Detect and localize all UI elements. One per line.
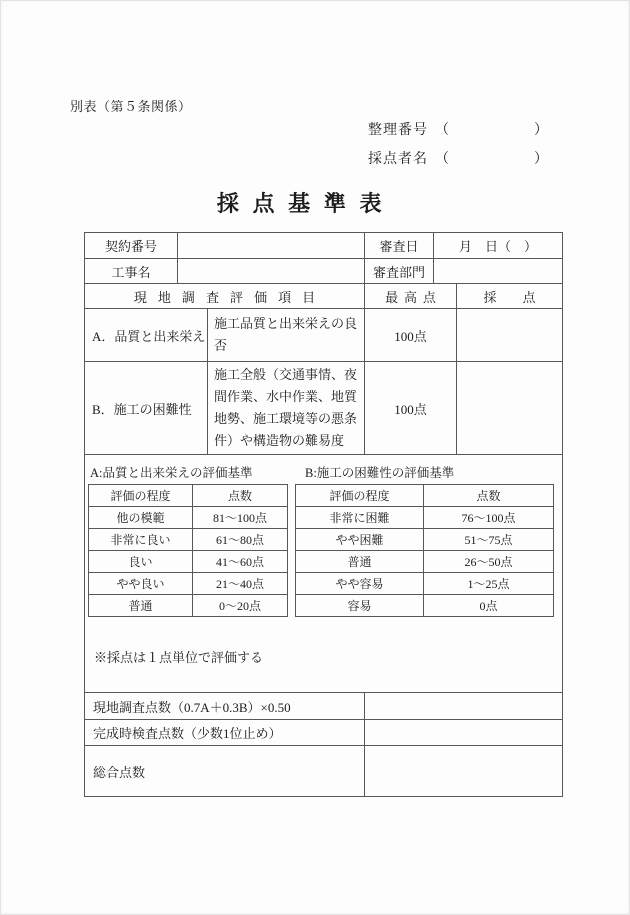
total-score-label: 総合点数 (85, 746, 365, 797)
criteria-b-degree: やや容易 (296, 573, 424, 595)
contract-no-value-cell (178, 233, 365, 259)
item-b-label: B．施工の困難性 (85, 362, 208, 455)
completion-inspection-score-row: 完成時検査点数（少数1位止め） (85, 720, 563, 746)
item-b-max: 100点 (365, 362, 457, 455)
criteria-b-degree: やや困難 (296, 529, 424, 551)
criteria-a-points: 81～100点 (193, 507, 288, 529)
scoring-unit-note: ※採点は１点単位で評価する (88, 647, 562, 666)
criteria-b-header-degree: 評価の程度 (296, 485, 424, 507)
project-name-value-cell (178, 259, 365, 284)
criteria-b-points: 1～25点 (424, 573, 554, 595)
site-survey-score-label: 現地調査点数（0.7A＋0.3B）×0.50 (85, 693, 365, 720)
criteria-a-points: 0～20点 (193, 595, 288, 617)
completion-inspection-score-label: 完成時検査点数（少数1位止め） (85, 720, 365, 746)
score-header: 採 点 (457, 284, 563, 309)
criteria-a-points: 61～80点 (193, 529, 288, 551)
item-b-desc: 施工全般（交通事情、夜間作業、水中作業、地質地勢、施工環境等の悪条件）や構造物の… (208, 362, 365, 455)
criteria-b-title: B:施工の困難性の評価基準 (295, 463, 553, 478)
item-a-max: 100点 (365, 309, 457, 362)
total-score-value-cell (365, 746, 563, 797)
max-score-header: 最高点 (365, 284, 457, 309)
item-row-a: A．品質と出来栄え 施工品質と出来栄えの良否 100点 (85, 309, 563, 362)
table-row: 普通 26～50点 (296, 551, 554, 573)
total-score-row: 総合点数 (85, 746, 563, 797)
review-dept-value-cell (434, 259, 563, 284)
criteria-a-header-degree: 評価の程度 (89, 485, 193, 507)
review-date-value: 月 日（ ） (434, 233, 563, 259)
criteria-b-points: 51～75点 (424, 529, 554, 551)
ref-number-paren-close: ） (534, 119, 548, 139)
table-row: 評価の程度 点数 (89, 485, 288, 507)
items-header: 現地調査評価項目 (85, 284, 365, 309)
criteria-a-table: 評価の程度 点数 他の模範 81～100点 非常に良い 61～80点 (88, 484, 288, 617)
scorer-name-paren-close: ） (534, 148, 548, 168)
criteria-a-degree: やや良い (89, 573, 193, 595)
scoring-table: 契約番号 審査日 月 日（ ） 工事名 審査部門 現地調査評価項目 最高点 採 … (84, 232, 563, 797)
criteria-section-row: A:品質と出来栄えの評価基準 評価の程度 点数 他の模範 81～100点 (85, 455, 563, 693)
table-row: 評価の程度 点数 (296, 485, 554, 507)
criteria-b-block: B:施工の困難性の評価基準 評価の程度 点数 非常に困難 76～100点 (295, 463, 553, 617)
criteria-section-cell: A:品質と出来栄えの評価基準 評価の程度 点数 他の模範 81～100点 (85, 455, 563, 693)
ref-number-field: 整理番号 （ ） (368, 119, 548, 139)
site-survey-score-row: 現地調査点数（0.7A＋0.3B）×0.50 (85, 693, 563, 720)
criteria-b-degree: 普通 (296, 551, 424, 573)
completion-inspection-score-value-cell (365, 720, 563, 746)
section-header-row: 現地調査評価項目 最高点 採 点 (85, 284, 563, 309)
ref-number-paren-open: （ (435, 119, 449, 139)
criteria-a-points: 41～60点 (193, 551, 288, 573)
criteria-b-points: 76～100点 (424, 507, 554, 529)
criteria-a-block: A:品質と出来栄えの評価基準 評価の程度 点数 他の模範 81～100点 (88, 463, 287, 617)
item-b-score-cell (457, 362, 563, 455)
table-row: やや容易 1～25点 (296, 573, 554, 595)
table-row: やや良い 21～40点 (89, 573, 288, 595)
criteria-b-degree: 非常に困難 (296, 507, 424, 529)
criteria-a-degree: 他の模範 (89, 507, 193, 529)
criteria-a-degree: 良い (89, 551, 193, 573)
project-name-label: 工事名 (85, 259, 178, 284)
criteria-b-header-points: 点数 (424, 485, 554, 507)
table-row: 他の模範 81～100点 (89, 507, 288, 529)
contract-no-label: 契約番号 (85, 233, 178, 259)
table-row: 容易 0点 (296, 595, 554, 617)
item-row-b: B．施工の困難性 施工全般（交通事情、夜間作業、水中作業、地質地勢、施工環境等の… (85, 362, 563, 455)
scorer-name-field: 採点者名 （ ） (368, 148, 548, 168)
item-a-desc: 施工品質と出来栄えの良否 (208, 309, 365, 362)
criteria-a-title: A:品質と出来栄えの評価基準 (88, 463, 287, 478)
ref-number-label: 整理番号 (368, 119, 428, 139)
table-row: 非常に困難 76～100点 (296, 507, 554, 529)
criteria-a-degree: 普通 (89, 595, 193, 617)
table-row: やや困難 51～75点 (296, 529, 554, 551)
item-a-label: A．品質と出来栄え (85, 309, 208, 362)
table-row: 良い 41～60点 (89, 551, 288, 573)
item-a-score-cell (457, 309, 563, 362)
criteria-b-points: 0点 (424, 595, 554, 617)
attachment-note: 別表（第５条関係） (70, 96, 192, 115)
criteria-b-points: 26～50点 (424, 551, 554, 573)
table-row: 普通 0～20点 (89, 595, 288, 617)
criteria-a-points: 21～40点 (193, 573, 288, 595)
criteria-b-table: 評価の程度 点数 非常に困難 76～100点 やや困難 51～75点 (295, 484, 554, 617)
scorer-name-label: 採点者名 (368, 148, 428, 168)
site-survey-score-value-cell (365, 693, 563, 720)
criteria-tables: A:品質と出来栄えの評価基準 評価の程度 点数 他の模範 81～100点 (88, 463, 562, 617)
project-row: 工事名 審査部門 (85, 259, 563, 284)
criteria-b-degree: 容易 (296, 595, 424, 617)
table-row: 非常に良い 61～80点 (89, 529, 288, 551)
criteria-a-header-points: 点数 (193, 485, 288, 507)
scorer-name-paren-open: （ (435, 148, 449, 168)
contract-row: 契約番号 審査日 月 日（ ） (85, 233, 563, 259)
review-date-label: 審査日 (365, 233, 434, 259)
review-dept-label: 審査部門 (365, 259, 434, 284)
document-page: 別表（第５条関係） 整理番号 （ ） 採点者名 （ ） 採点基準表 契約番号 審… (0, 0, 630, 915)
criteria-a-degree: 非常に良い (89, 529, 193, 551)
page-title: 採点基準表 (0, 187, 612, 218)
